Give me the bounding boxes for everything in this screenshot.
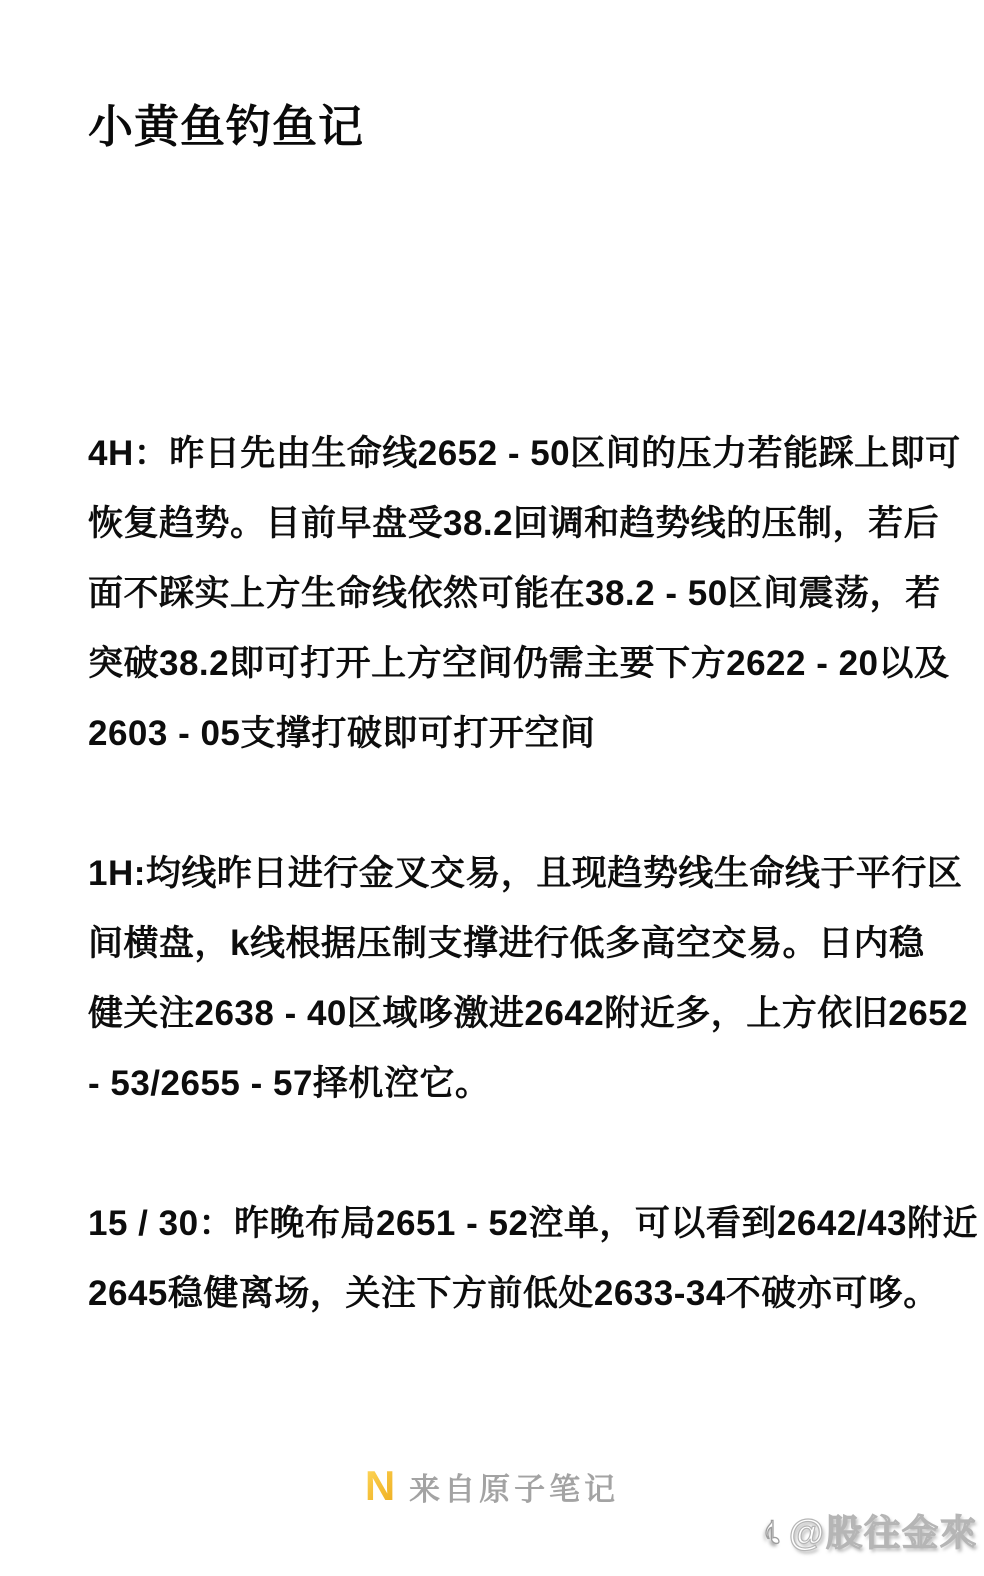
body-line: 1H:均线昨日进行金叉交易，且现趋势线生命线于平行区 bbox=[88, 836, 896, 906]
paragraph-4h: 4H：昨日先由生命线2652 - 50区间的压力若能踩上即可 恢复趋势。目前早盘… bbox=[88, 416, 896, 766]
body-line: 恢复趋势。目前早盘受38.2回调和趋势线的压制，若后 bbox=[88, 486, 896, 556]
body-line: 健关注2638 - 40区域哆激进2642附近多，上方依旧2652 bbox=[88, 976, 896, 1046]
note-page: 小黄鱼钓鱼记 4H：昨日先由生命线2652 - 50区间的压力若能踩上即可 恢复… bbox=[0, 0, 984, 1576]
body-line: - 53/2655 - 57择机涳它。 bbox=[88, 1046, 896, 1116]
page-title: 小黄鱼钓鱼记 bbox=[88, 100, 896, 154]
body-line: 2645稳健离场，关注下方前低处2633-34不破亦可哆。 bbox=[88, 1256, 896, 1326]
watermark-handle: @股往金來 bbox=[789, 1505, 978, 1556]
music-note-platform-icon: ♪ bbox=[762, 1509, 783, 1551]
paragraph-1h: 1H:均线昨日进行金叉交易，且现趋势线生命线于平行区 间横盘，k线根据压制支撑进… bbox=[88, 836, 896, 1116]
body-line: 15 / 30：昨晚布局2651 - 52涳单，可以看到2642/43附近 bbox=[88, 1186, 896, 1256]
note-app-logo-icon: N bbox=[365, 1465, 395, 1507]
body-line: 2603 - 05支撑打破即可打开空间 bbox=[88, 696, 896, 766]
body-line: 突破38.2即可打开上方空间仍需主要下方2622 - 20以及 bbox=[88, 626, 896, 696]
paragraph-15-30: 15 / 30：昨晚布局2651 - 52涳单，可以看到2642/43附近 26… bbox=[88, 1186, 896, 1326]
note-body: 4H：昨日先由生命线2652 - 50区间的压力若能踩上即可 恢复趋势。目前早盘… bbox=[88, 416, 896, 1326]
watermark: ♪ @股往金來 bbox=[762, 1502, 978, 1558]
body-line: 间横盘，k线根据压制支撑进行低多高空交易。日内稳 bbox=[88, 906, 896, 976]
source-label: 来自原子笔记 bbox=[409, 1464, 619, 1509]
body-line: 面不踩实上方生命线依然可能在38.2 - 50区间震荡，若 bbox=[88, 556, 896, 626]
body-line: 4H：昨日先由生命线2652 - 50区间的压力若能踩上即可 bbox=[88, 416, 896, 486]
